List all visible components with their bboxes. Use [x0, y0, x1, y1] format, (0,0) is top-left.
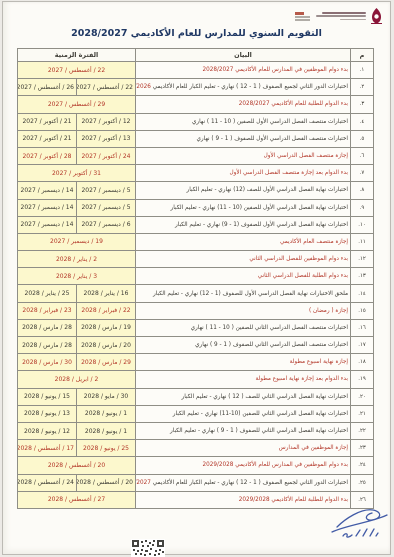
statement-cell: إجازة منتصف العام الأكاديمي	[136, 233, 351, 250]
date-end-cell: 14 / ديسمبر / 2027	[17, 182, 76, 199]
date-end-cell: 28 / مارس / 2028	[17, 319, 76, 336]
date-start-cell: 12 / أكتوبر / 2027	[77, 113, 136, 130]
statement-cell: اختبارات الدور الثاني لجميع الصفوف ( 1 -…	[136, 79, 351, 96]
date-start-cell: 20 / مارس / 2028	[77, 337, 136, 354]
table-row: ٥.اختبارات منتصف الفصل الدراسي الأول للص…	[17, 130, 373, 147]
date-end-cell: 13 / يونيو / 2028	[17, 405, 76, 422]
column-header-period: الفترة الزمنية	[17, 49, 135, 62]
statement-year-highlight: 2028/2027	[136, 480, 151, 486]
table-row: ٤.اختبارات منتصف الفصل الدراسي الأول للص…	[17, 113, 373, 130]
date-start-cell: 20 / أغسطس / 2028	[77, 474, 136, 491]
table-row: ٢٥.اختبارات الدور الثاني لجميع الصفوف ( …	[17, 474, 373, 491]
date-start-cell: 6 / ديسمبر / 2027	[77, 216, 136, 233]
row-number-cell: ٢٢.	[351, 422, 374, 439]
statement-cell: إجازة نهاية اسبوع مطولة	[136, 354, 351, 371]
table-row: ٩.اختبارات نهاية الفصل الدراسي الأول للص…	[17, 199, 373, 216]
row-number-cell: ٢٠.	[351, 388, 374, 405]
date-end-cell: 14 / ديسمبر / 2027	[17, 216, 76, 233]
row-number-cell: ٤.	[351, 113, 374, 130]
row-number-cell: ١٢.	[351, 251, 374, 268]
signature-icon	[329, 503, 391, 547]
table-row: ٧.بدء الدوام بعد إجازة منتصف الفصل الدرا…	[17, 165, 373, 182]
date-end-cell: 28 / مارس / 2028	[17, 337, 76, 354]
ministry-logo	[295, 7, 383, 25]
date-end-cell: 21 / أكتوبر / 2027	[17, 113, 76, 130]
date-start-cell: 1 / يونيو / 2028	[77, 405, 136, 422]
date-end-cell: 21 / أكتوبر / 2027	[17, 130, 76, 147]
statement-cell: اختبارات منتصف الفصل الدراسي الثاني للصف…	[136, 337, 351, 354]
scanned-page: التقويم السنوي للمدارس للعام الأكاديمي 2…	[2, 1, 391, 555]
table-row: ١.بدء دوام الموظفين في المدارس للعام الأ…	[17, 62, 373, 79]
ministry-name-text	[316, 12, 366, 21]
date-start-cell: 29 / مارس / 2028	[77, 354, 136, 371]
table-row: ٢٢.اختبارات نهاية الفصل الدراسي الثاني ل…	[17, 422, 373, 439]
date-start-cell: 5 / ديسمبر / 2027	[77, 182, 136, 199]
row-number-cell: ١.	[351, 62, 374, 79]
row-number-cell: ٨.	[351, 182, 374, 199]
row-number-cell: ١٩.	[351, 371, 374, 388]
row-number-cell: ١١.	[351, 233, 374, 250]
date-merged-cell: 27 / أغسطس / 2028	[17, 491, 135, 508]
table-row: ١٠.اختبارات نهاية الفصل الدراسي الأول لل…	[17, 216, 373, 233]
statement-cell: بدء دوام الطلبة للفصل الدراسي الثاني	[136, 268, 351, 285]
table-row: ٢.اختبارات الدور الثاني لجميع الصفوف ( 1…	[17, 79, 373, 96]
date-start-cell: 19 / مارس / 2028	[77, 319, 136, 336]
row-number-cell: ٣.	[351, 96, 374, 113]
date-start-cell: 13 / أكتوبر / 2027	[77, 130, 136, 147]
date-end-cell: 25 / يناير / 2028	[17, 285, 76, 302]
date-start-cell: 22 / فبراير / 2028	[77, 302, 136, 319]
statement-cell: بدء الدوام بعد إجازة نهاية اسبوع مطولة	[136, 371, 351, 388]
table-row: ٢٣.إجازة الموظفين في المدارس25 / يونيو /…	[17, 440, 373, 457]
row-number-cell: ٩.	[351, 199, 374, 216]
date-end-cell: 17 / أغسطس / 2028	[17, 440, 76, 457]
row-number-cell: ٢١.	[351, 405, 374, 422]
row-number-cell: ٢.	[351, 79, 374, 96]
statement-cell: اختبارات منتصف الفصل الدراسي الثاني للصف…	[136, 319, 351, 336]
table-row: ١٧.اختبارات منتصف الفصل الدراسي الثاني ل…	[17, 337, 373, 354]
column-header-statement: البيان	[136, 49, 351, 62]
qr-code	[131, 539, 165, 557]
date-end-cell: 14 / ديسمبر / 2027	[17, 199, 76, 216]
page-title: التقويم السنوي للمدارس للعام الأكاديمي 2…	[3, 28, 390, 39]
date-merged-cell: 19 / ديسمبر / 2027	[17, 233, 135, 250]
table-row: ١٨.إجازة نهاية اسبوع مطولة29 / مارس / 20…	[17, 354, 373, 371]
date-merged-cell: 20 / أغسطس / 2028	[17, 457, 135, 474]
row-number-cell: ١٠.	[351, 216, 374, 233]
date-end-cell: 23 / فبراير / 2028	[17, 302, 76, 319]
table-row: ٢٠.اختبارات نهاية الفصل الدراسي الثاني ل…	[17, 388, 373, 405]
statement-cell: اختبارات نهاية الفصل الدراسي الأول للصفو…	[136, 216, 351, 233]
row-number-cell: ١٧.	[351, 337, 374, 354]
table-row: ١٤.ملحق الاختبارات نهاية الفصل الدراسي ا…	[17, 285, 373, 302]
header-row: م البيان الفترة الزمنية	[17, 49, 373, 62]
table-row: ٢١.اختبارات نهاية الفصل الدراسي الثاني ل…	[17, 405, 373, 422]
row-number-cell: ٢٤.	[351, 457, 374, 474]
calendar-table: م البيان الفترة الزمنية ١.بدء دوام الموظ…	[17, 48, 374, 509]
statement-cell: اختبارات نهاية الفصل الدراسي الثاني للصف…	[136, 405, 351, 422]
date-end-cell: 28 / أكتوبر / 2027	[17, 147, 76, 164]
date-end-cell: 15 / يونيو / 2028	[17, 388, 76, 405]
statement-cell: إجازة ( رمضان )	[136, 302, 351, 319]
calendar-tbody: ١.بدء دوام الموظفين في المدارس للعام الأ…	[17, 62, 373, 509]
statement-cell: إجازة الموظفين في المدارس	[136, 440, 351, 457]
secondary-mark-icon	[295, 12, 310, 21]
statement-cell: إجازة منتصف الفصل الدراسي الأول	[136, 147, 351, 164]
statement-year-highlight: 2027/2026	[136, 84, 151, 90]
date-start-cell: 16 / يناير / 2028	[77, 285, 136, 302]
row-number-cell: ١٤.	[351, 285, 374, 302]
row-number-cell: ١٦.	[351, 319, 374, 336]
date-end-cell: 26 / أغسطس / 2027	[17, 79, 76, 96]
table-row: ١١.إجازة منتصف العام الأكاديمي19 / ديسمب…	[17, 233, 373, 250]
date-merged-cell: 2 / يناير / 2028	[17, 251, 135, 268]
date-end-cell: 12 / يونيو / 2028	[17, 422, 76, 439]
date-end-cell: 24 / أغسطس / 2028	[17, 474, 76, 491]
date-start-cell: 25 / يونيو / 2028	[77, 440, 136, 457]
row-number-cell: ١٥.	[351, 302, 374, 319]
statement-cell: اختبارات نهاية الفصل الدراسي الأول للصفي…	[136, 199, 351, 216]
statement-cell: بدء الدوام للطلبة للعام الأكاديمي 2028/2…	[136, 96, 351, 113]
date-end-cell: 30 / مارس / 2028	[17, 354, 76, 371]
statement-cell: اختبارات نهاية الفصل الدراسي الثاني للصف…	[136, 388, 351, 405]
statement-cell: بدء دوام الموظفين في المدارس للعام الأكا…	[136, 62, 351, 79]
date-merged-cell: 31 / أكتوبر / 2027	[17, 165, 135, 182]
table-row: ١٢.بدء دوام الموظفين للفصل الدراسي الثان…	[17, 251, 373, 268]
statement-cell: بدء الدوام بعد إجازة منتصف الفصل الدراسي…	[136, 165, 351, 182]
table-row: ٨.اختبارات نهاية الفصل الدراسي الأول للص…	[17, 182, 373, 199]
date-start-cell: 30 / مايو / 2028	[77, 388, 136, 405]
row-number-cell: ٥.	[351, 130, 374, 147]
date-merged-cell: 22 / أغسطس / 2027	[17, 62, 135, 79]
column-header-number: م	[351, 49, 374, 62]
row-number-cell: ١٣.	[351, 268, 374, 285]
date-start-cell: 5 / ديسمبر / 2027	[77, 199, 136, 216]
table-row: ٣.بدء الدوام للطلبة للعام الأكاديمي 2028…	[17, 96, 373, 113]
row-number-cell: ٢٣.	[351, 440, 374, 457]
row-number-cell: ١٨.	[351, 354, 374, 371]
table-row: ١٥.إجازة ( رمضان )22 / فبراير / 202823 /…	[17, 302, 373, 319]
statement-cell: اختبارات الدور الثاني لجميع الصفوف ( 1 -…	[136, 474, 351, 491]
date-merged-cell: 29 / أغسطس / 2027	[17, 96, 135, 113]
row-number-cell: ٢٥.	[351, 474, 374, 491]
date-start-cell: 24 / أكتوبر / 2027	[77, 147, 136, 164]
date-merged-cell: 3 / يناير / 2028	[17, 268, 135, 285]
statement-cell: اختبارات منتصف الفصل الدراسي الأول للصفي…	[136, 113, 351, 130]
date-start-cell: 22 / أغسطس / 2027	[77, 79, 136, 96]
statement-cell: بدء الدوام للطلبة للعام الأكاديمي 2029/2…	[136, 491, 351, 508]
statement-cell: بدء دوام الموظفين للفصل الدراسي الثاني	[136, 251, 351, 268]
statement-cell: ملحق الاختبارات نهاية الفصل الدراسي الأو…	[136, 285, 351, 302]
statement-cell: اختبارات نهاية الفصل الدراسي الأول للصف …	[136, 182, 351, 199]
table-row: ٢٦.بدء الدوام للطلبة للعام الأكاديمي 202…	[17, 491, 373, 508]
table-row: ١٩.بدء الدوام بعد إجازة نهاية اسبوع مطول…	[17, 371, 373, 388]
date-merged-cell: 2 / ابريل / 2028	[17, 371, 135, 388]
ministry-emblem-icon	[370, 8, 383, 24]
table-row: ٦.إجازة منتصف الفصل الدراسي الأول24 / أك…	[17, 147, 373, 164]
statement-cell: بدء دوام الموظفين في المدارس للعام الأكا…	[136, 457, 351, 474]
row-number-cell: ٦.	[351, 147, 374, 164]
table-row: ١٣.بدء دوام الطلبة للفصل الدراسي الثاني3…	[17, 268, 373, 285]
table-row: ٢٤.بدء دوام الموظفين في المدارس للعام ال…	[17, 457, 373, 474]
date-start-cell: 1 / يونيو / 2028	[77, 422, 136, 439]
statement-cell: اختبارات نهاية الفصل الدراسي الثاني للصف…	[136, 422, 351, 439]
table-row: ١٦.اختبارات منتصف الفصل الدراسي الثاني ل…	[17, 319, 373, 336]
statement-cell: اختبارات منتصف الفصل الدراسي الأول للصفو…	[136, 130, 351, 147]
row-number-cell: ٧.	[351, 165, 374, 182]
